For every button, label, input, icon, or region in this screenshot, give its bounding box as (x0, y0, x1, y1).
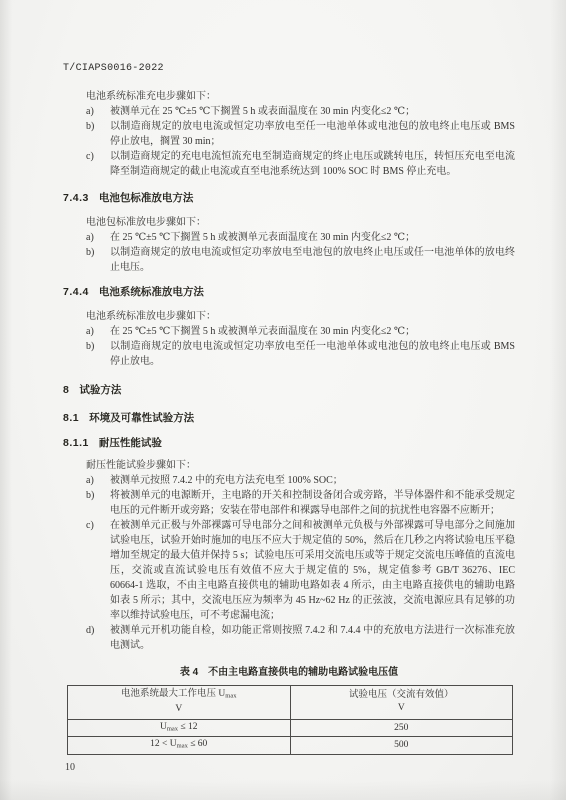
standard-number: T/CIAPS0016-2022 (63, 62, 515, 76)
step-label: b) (86, 245, 110, 275)
table-cell-range: Umax ≤ 12 (68, 719, 291, 737)
section-7-4-4-intro: 电池系统标准放电步骤如下： (86, 309, 515, 324)
step-item: b) 以制造商规定的放电电流或恒定功率放电至任一电池单体或电池包的放电终止电压或… (86, 339, 515, 369)
subscript: max (167, 725, 178, 732)
section-heading-7-4-3: 7.4.3电池包标准放电方法 (63, 191, 515, 206)
section-number: 7.4.3 (63, 192, 89, 204)
chapter-heading-8: 8试验方法 (63, 383, 515, 398)
step-label: b) (86, 119, 110, 149)
section-title: 环境及可靠性试验方法 (89, 412, 194, 424)
step-text: 将被测单元的电源断开，主电路的开关和控制设备闭合或旁路，半导体器件和不能承受规定… (110, 488, 515, 518)
charge-system-steps: a) 被测单元在 25 ℃±5 ℃下搁置 5 h 或表面温度在 30 min 内… (86, 104, 515, 179)
step-text: 以制造商规定的放电电流或恒定功率放电至电池包的放电终止电压或任一电池单体的放电终… (110, 245, 515, 275)
step-item: c) 在被测单元正极与外部裸露可导电部分之间和被测单元负极与外部裸露可导电部分之… (86, 518, 515, 623)
section-number: 8.1 (63, 412, 79, 424)
column-title: 电池系统最大工作电压 Umax (68, 688, 290, 703)
step-label: b) (86, 339, 110, 369)
step-item: b) 将被测单元的电源断开，主电路的开关和控制设备闭合或旁路，半导体器件和不能承… (86, 488, 515, 518)
step-label: d) (86, 623, 110, 653)
column-title: 试验电压（交流有效值） (291, 689, 513, 702)
section-number: 8.1.1 (63, 437, 89, 449)
section-8-1-1-intro: 耐压性能试验步骤如下： (86, 458, 515, 473)
step-item: a) 在 25 ℃±5 ℃下搁置 5 h 或被测单元表面温度在 30 min 内… (86, 324, 515, 339)
subscript: max (225, 693, 236, 700)
page-number: 10 (65, 761, 515, 775)
step-item: b) 以制造商规定的放电电流或恒定功率放电至任一电池单体或电池包的放电终止电压或… (86, 119, 515, 149)
cell-text: ≤ 12 (178, 722, 197, 732)
charge-system-intro: 电池系统标准充电步骤如下： (86, 89, 515, 104)
step-text: 在被测单元正极与外部裸露可导电部分之间和被测单元负极与外部裸露可导电部分之间施加… (110, 518, 515, 623)
table-caption-title: 不由主电路直接供电的辅助电路试验电压值 (208, 667, 398, 678)
table-caption: 表 4不由主电路直接供电的辅助电路试验电压值 (63, 663, 515, 678)
section-number: 7.4.4 (63, 286, 89, 298)
step-text: 在 25 ℃±5 ℃下搁置 5 h 或被测单元表面温度在 30 min 内变化≤… (110, 230, 515, 245)
section-title: 耐压性能试验 (99, 437, 162, 449)
document-page: T/CIAPS0016-2022 电池系统标准充电步骤如下： a) 被测单元在 … (0, 0, 566, 800)
section-7-4-3-steps: a) 在 25 ℃±5 ℃下搁置 5 h 或被测单元表面温度在 30 min 内… (86, 230, 515, 275)
step-text: 以制造商规定的放电电流或恒定功率放电至任一电池单体或电池包的放电终止电压或 BM… (110, 119, 515, 149)
step-text: 在 25 ℃±5 ℃下搁置 5 h 或被测单元表面温度在 30 min 内变化≤… (110, 324, 515, 339)
step-text: 被测单元在 25 ℃±5 ℃下搁置 5 h 或表面温度在 30 min 内变化≤… (110, 104, 515, 119)
step-text: 被测单元开机功能自检，如功能正常则按照 7.4.2 和 7.4.4 中的充放电方… (110, 623, 515, 653)
column-unit: V (291, 702, 513, 715)
step-item: d) 被测单元开机功能自检，如功能正常则按照 7.4.2 和 7.4.4 中的充… (86, 623, 515, 653)
step-item: a) 被测单元按照 7.4.2 中的充电方法充电至 100% SOC； (86, 473, 515, 488)
section-8-1-1-steps: a) 被测单元按照 7.4.2 中的充电方法充电至 100% SOC； b) 将… (86, 473, 515, 653)
section-heading-7-4-4: 7.4.4电池系统标准放电方法 (63, 285, 515, 300)
step-text: 被测单元按照 7.4.2 中的充电方法充电至 100% SOC； (110, 473, 515, 488)
table-row: Umax ≤ 12 250 (68, 719, 513, 737)
section-heading-8-1-1: 8.1.1耐压性能试验 (63, 436, 515, 451)
step-item: c) 以制造商规定的充电电流恒流充电至制造商规定的终止电压或跳转电压，转恒压充电… (86, 149, 515, 179)
table-header-cell-umax: 电池系统最大工作电压 Umax V (68, 686, 291, 720)
step-item: a) 被测单元在 25 ℃±5 ℃下搁置 5 h 或表面温度在 30 min 内… (86, 104, 515, 119)
step-label: a) (86, 473, 110, 488)
section-title: 试验方法 (79, 384, 121, 396)
table-cell-value: 500 (290, 737, 513, 755)
table-header-row: 电池系统最大工作电压 Umax V 试验电压（交流有效值） V (68, 686, 513, 720)
table-caption-label: 表 4 (180, 667, 198, 678)
column-unit: V (68, 703, 290, 716)
section-7-4-3-intro: 电池包标准放电步骤如下： (86, 215, 515, 230)
step-label: c) (86, 149, 110, 179)
table-header-cell-test-voltage: 试验电压（交流有效值） V (290, 686, 513, 720)
step-label: a) (86, 104, 110, 119)
column-title-text: 电池系统最大工作电压 U (121, 689, 225, 699)
section-7-4-4-steps: a) 在 25 ℃±5 ℃下搁置 5 h 或被测单元表面温度在 30 min 内… (86, 324, 515, 369)
step-label: b) (86, 488, 110, 518)
subscript: max (177, 743, 188, 750)
step-label: a) (86, 230, 110, 245)
cell-text: ≤ 60 (188, 739, 207, 749)
step-text: 以制造商规定的放电电流或恒定功率放电至任一电池单体或电池包的放电终止电压或 BM… (110, 339, 515, 369)
cell-text: U (160, 722, 167, 732)
table-cell-value: 250 (290, 719, 513, 737)
voltage-table: 电池系统最大工作电压 Umax V 试验电压（交流有效值） V Umax ≤ 1… (67, 685, 513, 755)
table-cell-range: 12 < Umax ≤ 60 (68, 737, 291, 755)
section-title: 电池包标准放电方法 (99, 192, 194, 204)
table-row: 12 < Umax ≤ 60 500 (68, 737, 513, 755)
step-item: a) 在 25 ℃±5 ℃下搁置 5 h 或被测单元表面温度在 30 min 内… (86, 230, 515, 245)
section-number: 8 (63, 384, 69, 396)
section-title: 电池系统标准放电方法 (99, 286, 204, 298)
step-item: b) 以制造商规定的放电电流或恒定功率放电至电池包的放电终止电压或任一电池单体的… (86, 245, 515, 275)
cell-text: 12 < U (150, 739, 176, 749)
step-label: c) (86, 518, 110, 623)
step-label: a) (86, 324, 110, 339)
step-text: 以制造商规定的充电电流恒流充电至制造商规定的终止电压或跳转电压，转恒压充电至电流… (110, 149, 515, 179)
section-heading-8-1: 8.1环境及可靠性试验方法 (63, 411, 515, 426)
